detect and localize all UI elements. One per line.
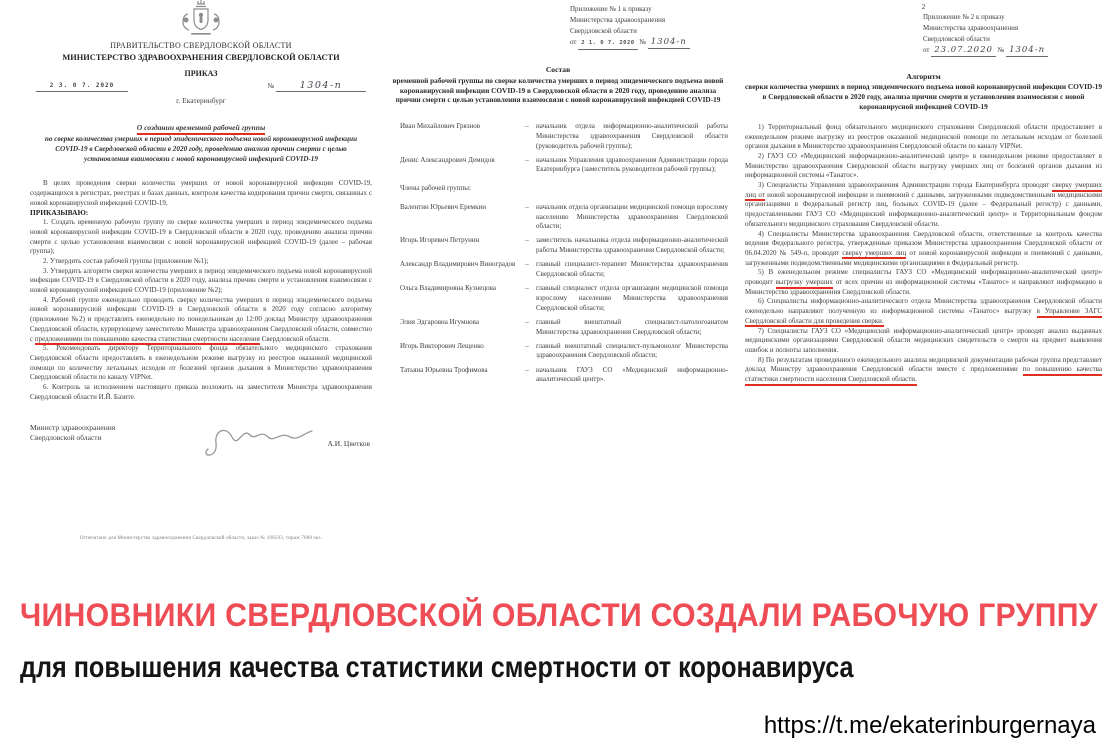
algorithm-paragraph-6: 6) Специалисты информационно-аналитическ… (745, 297, 1102, 326)
dash: – (518, 366, 536, 385)
annex2-line: Приложение № 2 к приказу (923, 12, 1095, 23)
annex1-date-stamp: 2 1. 0 7. 2020 (578, 38, 637, 50)
roster-row: Игорь Игоревич Петрунин – заместитель на… (388, 236, 728, 255)
annex1-line: Свердловской области (570, 26, 728, 37)
annex2-line: Свердловской области (923, 34, 1095, 45)
paragraph-text: 1) Территориальный фонд обязательного ме… (745, 123, 1102, 150)
order-number: № 1304-п (268, 81, 366, 92)
member-role: главный специалист-терапевт Министерства… (536, 260, 728, 279)
annex2-header: Приложение № 2 к приказу Министерства зд… (923, 12, 1095, 57)
roster-row: Ольга Владимировна Кузнецова – главный с… (388, 284, 728, 313)
date-number-row: 2 3. 0 7. 2020 № 1304-п (30, 81, 372, 92)
member-name: Денис Александрович Демидов (388, 156, 518, 175)
member-name: Ольга Владимировна Кузнецова (388, 284, 518, 313)
order-paragraph-5: 5. Рекомендовать директору Территориальн… (30, 344, 372, 383)
member-role: начальник Управления здравоохранения Адм… (536, 156, 728, 175)
algorithm-paragraph-2: 2) ГАУЗ СО «Медицинский информационно-ан… (745, 152, 1102, 181)
algorithm-paragraph-3: 3) Специалисты Управления здравоохранени… (745, 181, 1102, 230)
roster-row: Иван Михайлович Грязнов – начальник отде… (388, 122, 728, 151)
member-role: начальник отдела организации медицинской… (536, 203, 728, 232)
print-footer: Отпечатано для Министерства здравоохране… (30, 534, 372, 544)
annex2-from-line: от 23.07.2020 № 1304-п (923, 45, 1095, 57)
algorithm-paragraph-5: 5) В еженедельном режиме специалисты ГАУ… (745, 268, 1102, 297)
government-line: ПРАВИТЕЛЬСТВО СВЕРДЛОВСКОЙ ОБЛАСТИ (30, 41, 372, 51)
algorithm-paragraph-4: 4) Специалисты Министерства здравоохране… (745, 230, 1102, 269)
order-intro-paragraph: В целях проведения сверки количества уме… (30, 179, 372, 208)
roster-row: Игорь Викторович Лещенко – главный внешт… (388, 342, 728, 361)
dash: – (518, 260, 536, 279)
order-paragraph-2: 2. Утвердить состав рабочей группы (прил… (30, 257, 372, 267)
city-line: г. Екатеринбург (30, 96, 372, 106)
signature-block: Министр здравоохранения Свердловской обл… (30, 417, 372, 461)
doc-type-title: ПРИКАЗ (30, 69, 372, 79)
signer-role: Министр здравоохранения Свердловской обл… (30, 423, 115, 443)
order-paragraph-6: 6. Контроль за исполнением настоящего пр… (30, 383, 372, 402)
member-name: Валентин Юрьевич Еремкин (388, 203, 518, 232)
roster-row: Валентин Юрьевич Еремкин – начальник отд… (388, 203, 728, 232)
dash: – (518, 342, 536, 361)
members-label: Члены рабочей группы: (400, 184, 728, 194)
dash: – (518, 156, 536, 175)
from-label: от (923, 46, 929, 54)
order-subject-underlined: О создании временной рабочей группы (137, 123, 266, 135)
order-paragraph-3: 3. Утвердить алгоритм сверки количества … (30, 267, 372, 296)
paragraph-text: 3) Специалисты Управления здравоохранени… (758, 181, 1052, 189)
registration-date-stamp: 2 3. 0 7. 2020 (36, 81, 128, 92)
roster-row: Элия Эдгаровна Игумнова – главный внешта… (388, 318, 728, 337)
member-name: Игорь Викторович Лещенко (388, 342, 518, 361)
dash: – (518, 236, 536, 255)
member-name: Александр Владимирович Виноградов (388, 260, 518, 279)
subtitle: для повышения качества статистики смертн… (20, 651, 854, 685)
signer-name: А.И. Цветков (327, 439, 370, 449)
roster-row: Татьяна Юрьевна Трофимова – начальник ГА… (388, 366, 728, 385)
annex1-title: Состав (388, 65, 728, 75)
member-role: заместитель начальника отдела информацио… (536, 236, 728, 255)
order-paragraph-4-tail: Свердловской области. (260, 335, 330, 343)
annex2-line: Министерства здравоохранения (923, 23, 1095, 34)
headline: ЧИНОВНИКИ СВЕРДЛОВСКОЙ ОБЛАСТИ СОЗДАЛИ Р… (20, 597, 1098, 634)
member-name: Татьяна Юрьевна Трофимова (388, 366, 518, 385)
signature-icon (198, 419, 318, 459)
member-role: главный специалист отдела организации ме… (536, 284, 728, 313)
order-paragraph-1: 1. Создать временную рабочую группу по с… (30, 218, 372, 257)
annex2-document-page: 2 Приложение № 2 к приказу Министерства … (745, 2, 1102, 385)
annex1-line: Министерства здравоохранения (570, 15, 728, 26)
dash: – (518, 122, 536, 151)
member-name: Игорь Игоревич Петрунин (388, 236, 518, 255)
working-group-roster: Иван Михайлович Грязнов – начальник отде… (388, 122, 728, 385)
ministry-line: МИНИСТЕРСТВО ЗДРАВООХРАНЕНИЯ СВЕРДЛОВСКО… (30, 53, 372, 63)
annex2-title: Алгоритм (745, 72, 1102, 82)
algorithm-paragraph-1: 1) Территориальный фонд обязательного ме… (745, 123, 1102, 152)
annex1-header: Приложение № 1 к приказу Министерства зд… (570, 4, 728, 50)
annex2-date-handwritten: 23.07.2020 (931, 45, 996, 57)
algorithm-body: 1) Территориальный фонд обязательного ме… (745, 123, 1102, 385)
number-label: № (998, 46, 1005, 54)
order-subject-row: О создании временной рабочей группы (30, 123, 372, 133)
member-role: начальник ГАУЗ СО «Медицинский информаци… (536, 366, 728, 385)
member-role: главный внештатный специалист-патологоан… (536, 318, 728, 337)
paragraph-text: 2) ГАУЗ СО «Медицинский информационно-ан… (745, 152, 1102, 179)
from-label: от (570, 38, 576, 46)
annex1-from-line: от 2 1. 0 7. 2020 № 1304-п (570, 37, 728, 50)
order-number-handwritten: 1304-п (276, 81, 366, 92)
number-label: № (268, 82, 275, 90)
member-name: Иван Михайлович Грязнов (388, 122, 518, 151)
order-word: ПРИКАЗЫВАЮ: (30, 208, 372, 218)
page-number: 2 (745, 2, 1102, 12)
number-label: № (639, 38, 646, 46)
annex1-line: Приложение № 1 к приказу (570, 4, 728, 15)
order-document-page: ПРАВИТЕЛЬСТВО СВЕРДЛОВСКОЙ ОБЛАСТИ МИНИС… (30, 0, 372, 560)
member-name: Элия Эдгаровна Игумнова (388, 318, 518, 337)
annex2-title-detail: сверки количества умерших в период эпиде… (745, 82, 1102, 111)
roster-row: Александр Владимирович Виноградов – глав… (388, 260, 728, 279)
annex1-number-handwritten: 1304-п (648, 37, 690, 49)
member-role: начальник отдела информационно-аналитиче… (536, 122, 728, 151)
dash: – (518, 203, 536, 232)
annex1-document-page: Приложение № 1 к приказу Министерства зд… (388, 4, 728, 390)
algorithm-paragraph-7: 7) Специалисты ГАУЗ СО «Медицинский инфо… (745, 327, 1102, 356)
annex2-number-handwritten: 1304-п (1006, 45, 1048, 57)
sverdlovsk-coat-of-arms-icon (179, 0, 223, 38)
paragraph-text: новой коронавирусной инфекции и пневмони… (745, 191, 1102, 228)
member-role: главный внештатный специалист-пульмоноло… (536, 342, 728, 361)
order-paragraph-4: 4. Рабочей группе еженедельно проводить … (30, 296, 372, 345)
roster-row: Денис Александрович Демидов – начальник … (388, 156, 728, 175)
annex1-title-detail: временной рабочей группы по сверке колич… (388, 76, 728, 105)
dash: – (518, 284, 536, 313)
dash: – (518, 318, 536, 337)
algorithm-paragraph-8: 8) По результатам проведенного еженедель… (745, 356, 1102, 385)
order-subject-detail: по сверке количества умерших в период эп… (30, 135, 372, 164)
source-url-link[interactable]: https://t.me/ekaterinburgernaya (764, 712, 1096, 740)
paragraph-text: 7) Специалисты ГАУЗ СО «Медицинский инфо… (745, 327, 1102, 354)
